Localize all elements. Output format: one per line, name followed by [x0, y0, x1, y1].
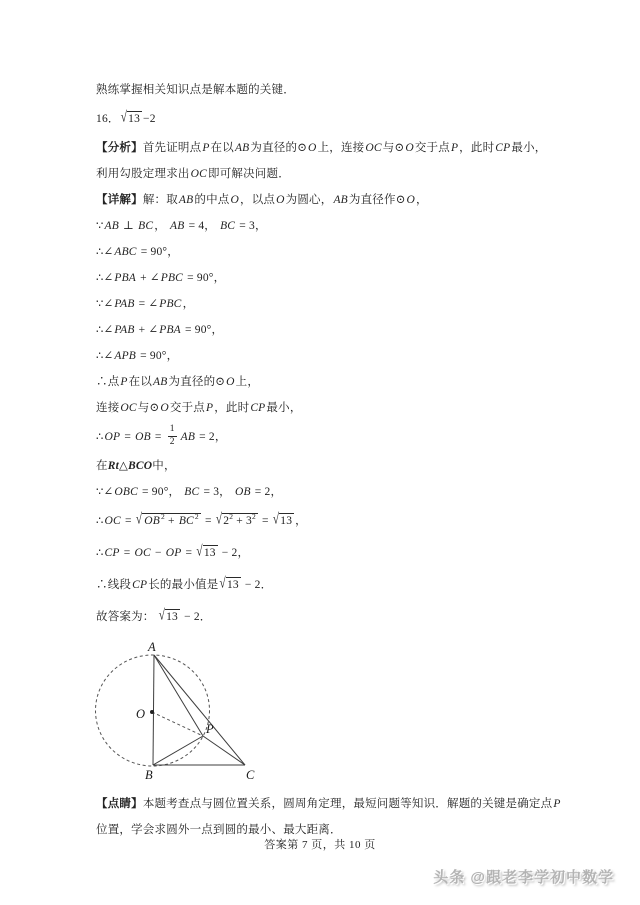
text-run: 16． [96, 113, 120, 125]
radicand: 13 [226, 577, 241, 592]
text-run: ， [416, 194, 428, 206]
fraction-denominator: 2 [168, 437, 177, 448]
solution-body: 熟练掌握相关知识点是解本题的关键．16．√13−2【分析】首先证明点P在以AB为… [96, 77, 586, 843]
sqrt-expression: √13 [219, 579, 240, 591]
center-point-o [150, 710, 154, 714]
text-run: 位置，学会求圆外一点到圆的最小、最大距离． [96, 824, 342, 836]
solution-line: 故答案为： √13 − 2． [96, 601, 586, 633]
text-run: ，以点 [240, 194, 275, 206]
text-run: O [275, 194, 286, 206]
text-run: ∵∠ [96, 298, 113, 310]
text-run: PAB [113, 324, 135, 336]
sqrt-expression: √13 [121, 113, 142, 125]
fraction-numerator: 1 [168, 424, 177, 436]
text-run: = 3， [200, 486, 234, 498]
watermark: 头条 @跟老李学初中数学 [433, 866, 614, 887]
figure-label-a: A [147, 640, 156, 654]
text-run: ABC [113, 246, 137, 258]
text-run: − 2． [181, 611, 212, 623]
radicand: 13 [165, 609, 180, 624]
text-run: ，此时 [214, 402, 249, 414]
solution-line: 16．√13−2 [96, 103, 586, 135]
text-run: ∴点 [96, 376, 119, 388]
text-run: AB [169, 220, 185, 232]
radicand: 13 [127, 111, 142, 126]
text-run: 与⊙ [138, 402, 160, 414]
text-run: − [152, 547, 165, 559]
sqrt-expression: √22 + 32 [216, 515, 258, 527]
text-run: 与⊙ [383, 142, 405, 154]
figure-label-c: C [246, 768, 255, 782]
text-run: OC [190, 168, 208, 180]
solution-line: ∴CP = OC − OP = √13 − 2， [96, 537, 586, 569]
text-run: 在以 [129, 376, 152, 388]
text-run: 长的最小值是 [148, 579, 218, 591]
text-run: − 2， [219, 547, 250, 559]
text-run: ， [183, 298, 195, 310]
text-run: PBA [113, 272, 137, 284]
text-run: CP [104, 547, 121, 559]
text-run: ∴∠ [96, 350, 113, 362]
geometry-figure: A B C O P [85, 639, 270, 791]
text-run: ∴ [96, 431, 104, 443]
text-run: AB [180, 431, 196, 443]
text-run: 【点睛】 [96, 798, 143, 810]
text-run: − 2． [242, 579, 273, 591]
sqrt-expression: √OB2 + BC2 [136, 515, 201, 527]
text-run: = 90°， [182, 324, 223, 336]
text-run: ∴线段 [96, 579, 131, 591]
text-run: AB [178, 194, 194, 206]
text-run: ∴ [96, 515, 104, 527]
text-run: OC [119, 402, 137, 414]
text-run: PBC [160, 272, 184, 284]
text-run: 即可解决问题． [208, 168, 290, 180]
text-run: −2 [143, 113, 156, 125]
sqrt-expression: √13 [159, 611, 180, 623]
solution-line: 熟练掌握相关知识点是解本题的关键． [96, 77, 586, 103]
text-run: 连接 [96, 402, 119, 414]
text-run: 在 [96, 460, 108, 472]
radical-sign: √ [216, 499, 223, 541]
text-run: BC [137, 220, 154, 232]
radical-sign: √ [196, 531, 203, 573]
text-run: 在以 [211, 142, 234, 154]
text-run: 为圆心， [286, 194, 333, 206]
text-run: OC [104, 515, 122, 527]
text-run: = 2， [196, 431, 227, 443]
text-run: OP [165, 547, 183, 559]
text-run: = [259, 515, 272, 527]
solution-line: ∴∠APB = 90°， [96, 343, 586, 369]
solution-lines: 熟练掌握相关知识点是解本题的关键．16．√13−2【分析】首先证明点P在以AB为… [96, 77, 586, 633]
text-run: ∴∠ [96, 272, 113, 284]
text-run: P [119, 376, 128, 388]
text-run: PBC [158, 298, 182, 310]
text-run: = 3， [236, 220, 267, 232]
solution-line: 利用勾股定理求出OC即可解决问题． [96, 161, 586, 187]
sqrt-expression: √13 [196, 547, 217, 559]
solution-line: ∴OC = √OB2 + BC2 = √22 + 32 = √13， [96, 505, 586, 537]
text-run: P [450, 142, 459, 154]
solution-line: ∵∠OBC = 90°， BC = 3， OB = 2， [96, 479, 586, 505]
solution-line: ∴∠ABC = 90°， [96, 239, 586, 265]
radicand: OB2 + BC2 [142, 513, 201, 528]
text-run: OP [104, 431, 122, 443]
text-run: 上，连接 [318, 142, 365, 154]
text-run: 中， [152, 460, 175, 472]
superscript: 2 [195, 512, 199, 521]
text-run: 交于点 [415, 142, 450, 154]
text-run: 为直径的⊙ [250, 142, 307, 154]
text-run: ∴∠ [96, 324, 113, 336]
text-run: 13 [128, 113, 140, 125]
segment-ap [154, 655, 203, 736]
radicand: 22 + 32 [222, 513, 258, 528]
text-run: 本题考查点与圆位置关系，圆周角定理，最短问题等知识．解题的关键是确定点 [143, 798, 553, 810]
text-run: + [165, 515, 178, 527]
document-page: 熟练掌握相关知识点是解本题的关键．16．√13−2【分析】首先证明点P在以AB为… [0, 0, 640, 905]
text-run: 最小， [266, 402, 301, 414]
text-run: 为直径的⊙ [169, 376, 226, 388]
text-run: 【分析】 [96, 142, 143, 154]
text-run: ，此时 [459, 142, 494, 154]
solution-line: ∴线段CP长的最小值是√13 − 2． [96, 569, 586, 601]
text-run: = [121, 547, 134, 559]
radical-sign: √ [136, 499, 143, 541]
text-run: = 90°， [184, 272, 225, 284]
radical-sign: √ [273, 499, 280, 541]
text-run: ， [154, 220, 169, 232]
solution-line: 【分析】首先证明点P在以AB为直径的⊙O上，连接OC与⊙O交于点P，此时CP最小… [96, 135, 586, 161]
text-run: AB [332, 194, 348, 206]
text-run: 的中点 [194, 194, 229, 206]
text-run: = [121, 431, 134, 443]
page-footer: 答案第 7 页，共 10 页 [0, 836, 640, 852]
text-run: AB [104, 220, 120, 232]
text-run: BC [178, 515, 195, 527]
text-run: OBC [113, 486, 139, 498]
text-run: = [202, 515, 215, 527]
text-run: O [406, 194, 417, 206]
text-run: 熟练掌握相关知识点是解本题的关键． [96, 84, 295, 96]
text-run: = [182, 547, 195, 559]
text-run: AB [234, 142, 250, 154]
text-run: OB [134, 431, 152, 443]
text-run: CP [494, 142, 511, 154]
radicand: 13 [203, 545, 218, 560]
text-run: PBA [158, 324, 182, 336]
radical-sign: √ [219, 563, 226, 605]
text-run: ∴∠ [96, 246, 113, 258]
radical-sign: √ [121, 97, 128, 139]
text-run: P [205, 402, 214, 414]
text-run: CP [249, 402, 266, 414]
figure-label-p: P [205, 722, 214, 736]
text-run: 最小， [511, 142, 546, 154]
radical-sign: √ [159, 595, 166, 637]
text-run: = [122, 515, 135, 527]
text-run: 13 [204, 547, 216, 559]
solution-line: 【详解】解：取AB的中点O，以点O为圆心，AB为直径作⊙O， [96, 187, 586, 213]
text-run: 利用勾股定理求出 [96, 168, 190, 180]
segment-ac [154, 655, 245, 765]
text-run: = ∠ [136, 298, 159, 310]
text-run: ⊥ [120, 220, 137, 232]
text-run: = 90°， [139, 486, 183, 498]
solution-line: ∴∠PBA + ∠PBC = 90°， [96, 265, 586, 291]
text-run: O [159, 402, 170, 414]
text-run: 13 [227, 579, 239, 591]
text-run: Rt△BCO [108, 460, 153, 472]
solution-line: 连接OC与⊙O交于点P，此时CP最小， [96, 395, 586, 421]
text-run: CP [131, 579, 148, 591]
text-run: = 90°， [137, 350, 178, 362]
radicand: 13 [279, 513, 294, 528]
text-run: 13 [280, 515, 292, 527]
text-run: 上， [236, 376, 259, 388]
text-run: APB [113, 350, 137, 362]
text-run: 首先证明点 [143, 142, 202, 154]
text-run: ∵∠ [96, 486, 113, 498]
text-run: OB [234, 486, 252, 498]
text-run: O [229, 194, 240, 206]
solution-line: ∴OP = OB = 12AB = 2， [96, 421, 586, 453]
text-run: 交于点 [170, 402, 205, 414]
text-run: AB [152, 376, 168, 388]
text-run: 13 [166, 611, 178, 623]
text-run: ， [295, 515, 307, 527]
text-run: 解：取 [143, 194, 178, 206]
solution-line: ∵AB ⊥ BC， AB = 4， BC = 3， [96, 213, 586, 239]
text-run: 【详解】 [96, 194, 143, 206]
text-run: ∴ [96, 547, 104, 559]
text-run: OB [143, 515, 161, 527]
solution-line: ∴∠PAB + ∠PBA = 90°， [96, 317, 586, 343]
figure-label-b: B [145, 768, 153, 782]
text-run: + ∠ [136, 324, 159, 336]
text-run: P [201, 142, 210, 154]
text-run: O [404, 142, 415, 154]
figure-container: A B C O P [85, 639, 270, 791]
solution-line: 在Rt△BCO中， [96, 453, 586, 479]
figure-label-o: O [136, 707, 145, 721]
text-run: BC [219, 220, 236, 232]
solution-line: ∴点P在以AB为直径的⊙O上， [96, 369, 586, 395]
solution-line: ∵∠PAB = ∠PBC， [96, 291, 586, 317]
text-run: OC [133, 547, 151, 559]
segment-ab [153, 655, 154, 765]
text-run: PAB [113, 298, 135, 310]
text-run: 为直径作⊙ [349, 194, 406, 206]
sqrt-expression: √13 [273, 515, 294, 527]
text-run: 故答案为： [96, 611, 158, 623]
text-run: P [552, 798, 561, 810]
text-run: BC [183, 486, 200, 498]
text-run: = 4， [186, 220, 220, 232]
text-run: + ∠ [137, 272, 160, 284]
text-run: = 2， [252, 486, 283, 498]
text-run: = [152, 431, 165, 443]
text-run: O [307, 142, 318, 154]
text-run: OC [364, 142, 382, 154]
text-run: O [225, 376, 236, 388]
text-run: + 3 [233, 515, 252, 527]
fraction: 12 [168, 424, 177, 448]
superscript: 2 [252, 512, 256, 521]
text-run: = 90°， [138, 246, 179, 258]
text-run: ∵ [96, 220, 104, 232]
note-line: 【点睛】本题考查点与圆位置关系，圆周角定理，最短问题等知识．解题的关键是确定点P [96, 791, 586, 817]
